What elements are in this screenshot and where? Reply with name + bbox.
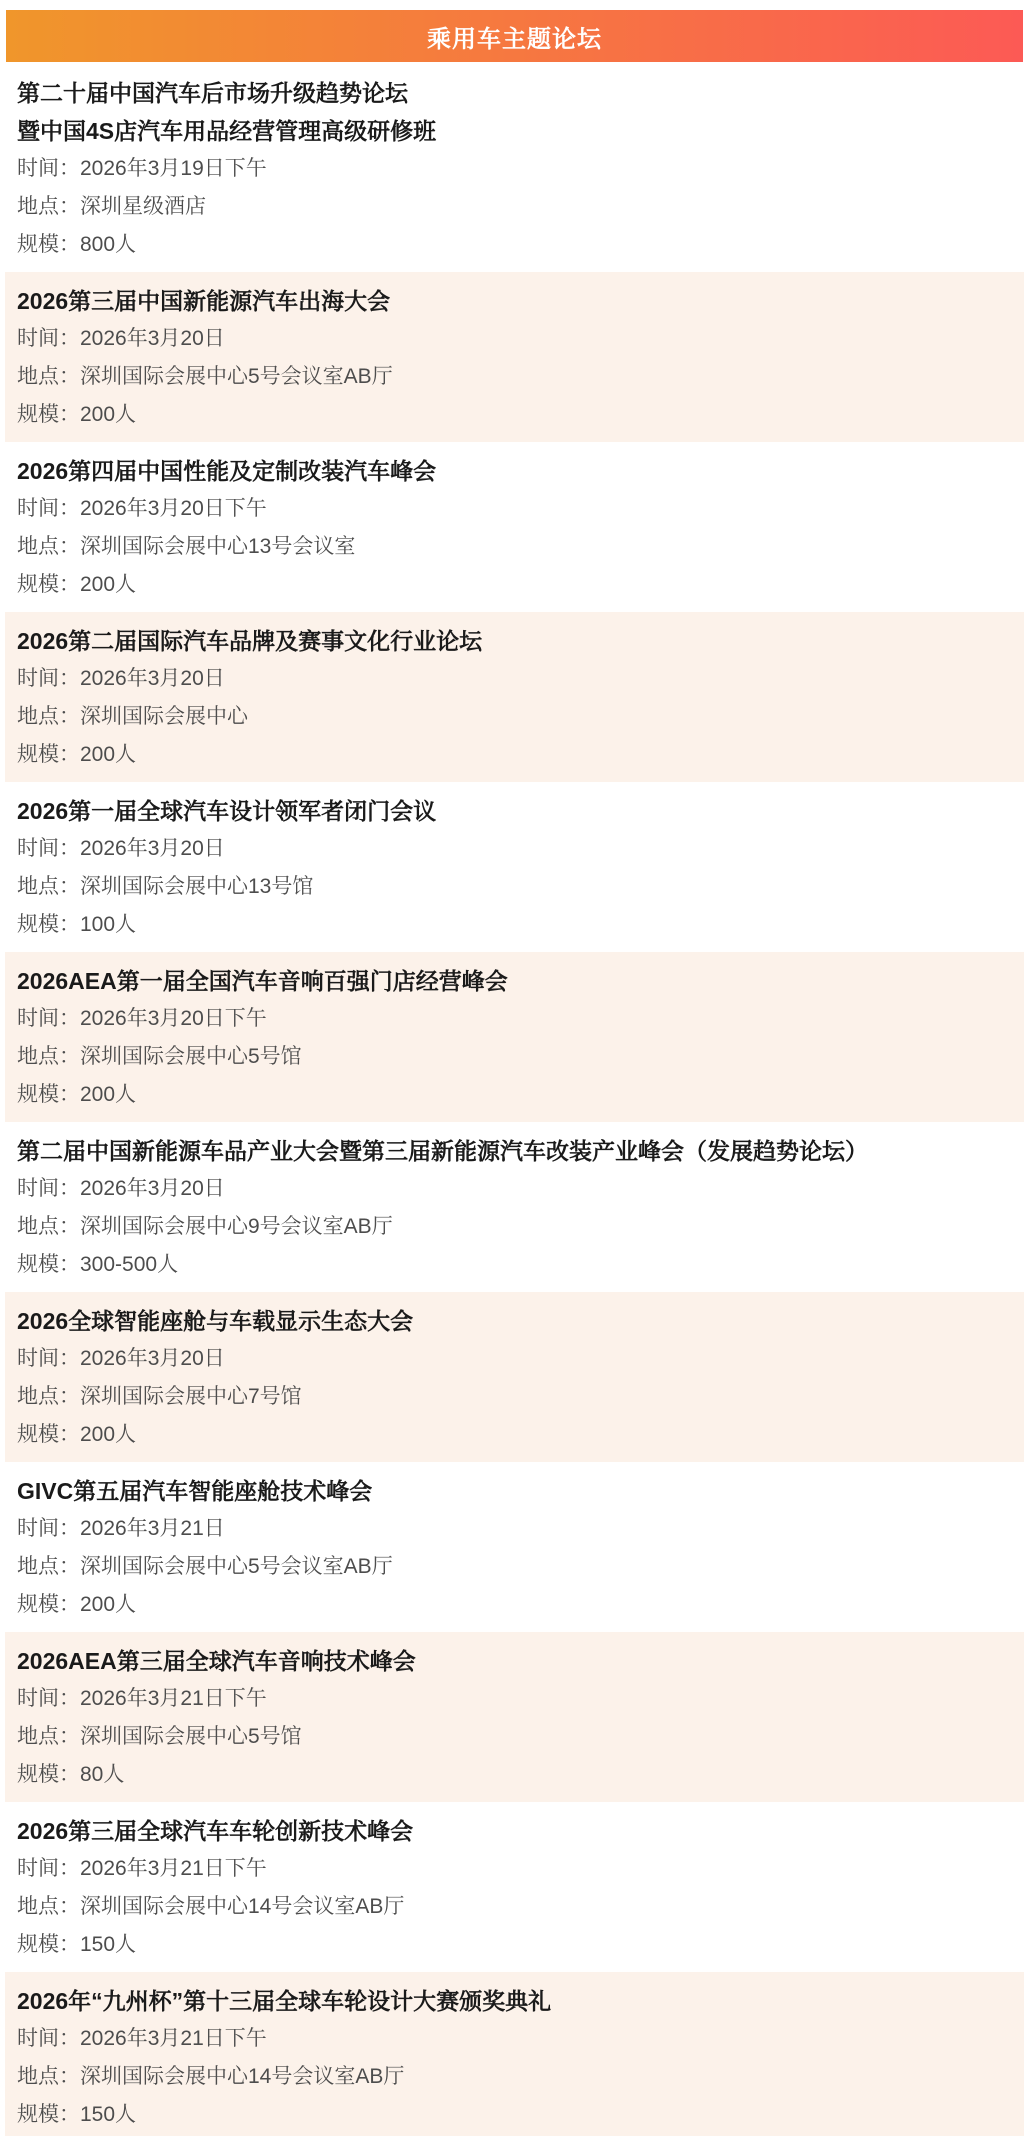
scale-label: 规模： xyxy=(17,1083,80,1106)
place-label: 地点： xyxy=(17,1385,80,1408)
event-time-row: 时间：2026年3月20日 xyxy=(17,320,1012,358)
place-label: 地点： xyxy=(17,2065,80,2088)
event-time-row: 时间：2026年3月21日下午 xyxy=(17,1850,1012,1888)
scale-value: 200人 xyxy=(80,1423,136,1446)
event-title-block: 2026第三届中国新能源汽车出海大会 xyxy=(17,282,1012,320)
scale-label: 规模： xyxy=(17,573,80,596)
event-place-row: 地点：深圳国际会展中心5号馆 xyxy=(17,1038,1012,1076)
event-scale-row: 规模：150人 xyxy=(17,2096,1012,2134)
event-time-row: 时间：2026年3月21日下午 xyxy=(17,1680,1012,1718)
place-value: 深圳星级酒店 xyxy=(80,195,206,218)
event-card: 2026第三届中国新能源汽车出海大会 时间：2026年3月20日 地点：深圳国际… xyxy=(5,272,1024,442)
place-value: 深圳国际会展中心5号会议室AB厅 xyxy=(80,365,393,388)
event-title: 2026AEA第一届全国汽车音响百强门店经营峰会 xyxy=(17,962,1012,1000)
place-label: 地点： xyxy=(17,365,80,388)
event-title-block: 第二十届中国汽车后市场升级趋势论坛暨中国4S店汽车用品经营管理高级研修班 xyxy=(17,74,1012,150)
event-place-row: 地点：深圳国际会展中心9号会议室AB厅 xyxy=(17,1208,1012,1246)
time-value: 2026年3月20日 xyxy=(80,667,225,690)
event-time-row: 时间：2026年3月20日 xyxy=(17,830,1012,868)
place-value: 深圳国际会展中心13号会议室 xyxy=(80,535,355,558)
time-value: 2026年3月20日 xyxy=(80,1177,225,1200)
time-value: 2026年3月21日下午 xyxy=(80,1687,267,1710)
event-title-block: 2026全球智能座舱与车载显示生态大会 xyxy=(17,1302,1012,1340)
time-value: 2026年3月20日 xyxy=(80,837,225,860)
event-title-block: 第二届中国新能源车品产业大会暨第三届新能源汽车改装产业峰会（发展趋势论坛） xyxy=(17,1132,1012,1170)
scale-label: 规模： xyxy=(17,1593,80,1616)
event-place-row: 地点：深圳国际会展中心5号会议室AB厅 xyxy=(17,358,1012,396)
event-card: 2026全球智能座舱与车载显示生态大会 时间：2026年3月20日 地点：深圳国… xyxy=(5,1292,1024,1462)
event-title-block: 2026第一届全球汽车设计领军者闭门会议 xyxy=(17,792,1012,830)
place-value: 深圳国际会展中心13号馆 xyxy=(80,875,313,898)
event-place-row: 地点：深圳国际会展中心14号会议室AB厅 xyxy=(17,1888,1012,1926)
place-label: 地点： xyxy=(17,705,80,728)
scale-value: 200人 xyxy=(80,743,136,766)
forum-header-title: 乘用车主题论坛 xyxy=(427,19,602,54)
event-title: 2026第二届国际汽车品牌及赛事文化行业论坛 xyxy=(17,622,1012,660)
scale-label: 规模： xyxy=(17,913,80,936)
event-scale-row: 规模：200人 xyxy=(17,1076,1012,1114)
place-value: 深圳国际会展中心5号馆 xyxy=(80,1045,302,1068)
scale-label: 规模： xyxy=(17,1423,80,1446)
place-value: 深圳国际会展中心5号馆 xyxy=(80,1725,302,1748)
place-value: 深圳国际会展中心5号会议室AB厅 xyxy=(80,1555,393,1578)
scale-label: 规模： xyxy=(17,743,80,766)
event-time-row: 时间：2026年3月19日下午 xyxy=(17,150,1012,188)
event-time-row: 时间：2026年3月20日 xyxy=(17,1170,1012,1208)
event-time-row: 时间：2026年3月20日下午 xyxy=(17,1000,1012,1038)
event-title: 2026第一届全球汽车设计领军者闭门会议 xyxy=(17,792,1012,830)
event-time-row: 时间：2026年3月20日下午 xyxy=(17,490,1012,528)
event-scale-row: 规模：300-500人 xyxy=(17,1246,1012,1284)
event-title: 2026年“九州杯”第十三届全球车轮设计大赛颁奖典礼 xyxy=(17,1982,1012,2020)
event-scale-row: 规模：800人 xyxy=(17,226,1012,264)
event-place-row: 地点：深圳国际会展中心5号会议室AB厅 xyxy=(17,1548,1012,1586)
time-label: 时间： xyxy=(17,1007,80,1030)
event-place-row: 地点：深圳国际会展中心13号会议室 xyxy=(17,528,1012,566)
event-title: 暨中国4S店汽车用品经营管理高级研修班 xyxy=(17,112,1012,150)
scale-label: 规模： xyxy=(17,403,80,426)
event-time-row: 时间：2026年3月21日下午 xyxy=(17,2020,1012,2058)
place-value: 深圳国际会展中心7号馆 xyxy=(80,1385,302,1408)
place-label: 地点： xyxy=(17,195,80,218)
scale-value: 200人 xyxy=(80,573,136,596)
event-card: 第二十届中国汽车后市场升级趋势论坛暨中国4S店汽车用品经营管理高级研修班 时间：… xyxy=(5,64,1024,272)
event-scale-row: 规模：200人 xyxy=(17,1586,1012,1624)
time-label: 时间： xyxy=(17,1347,80,1370)
time-label: 时间： xyxy=(17,2027,80,2050)
place-label: 地点： xyxy=(17,1725,80,1748)
event-title: 第二十届中国汽车后市场升级趋势论坛 xyxy=(17,74,1012,112)
scale-value: 300-500人 xyxy=(80,1253,178,1276)
event-card: 2026第四届中国性能及定制改装汽车峰会 时间：2026年3月20日下午 地点：… xyxy=(5,442,1024,612)
event-scale-row: 规模：80人 xyxy=(17,1756,1012,1794)
event-time-row: 时间：2026年3月21日 xyxy=(17,1510,1012,1548)
time-label: 时间： xyxy=(17,497,80,520)
place-value: 深圳国际会展中心14号会议室AB厅 xyxy=(80,1895,404,1918)
event-place-row: 地点：深圳国际会展中心5号馆 xyxy=(17,1718,1012,1756)
time-value: 2026年3月21日下午 xyxy=(80,2027,267,2050)
time-label: 时间： xyxy=(17,1857,80,1880)
event-place-row: 地点：深圳国际会展中心 xyxy=(17,698,1012,736)
event-scale-row: 规模：100人 xyxy=(17,906,1012,944)
time-label: 时间： xyxy=(17,157,80,180)
event-card: 2026第一届全球汽车设计领军者闭门会议 时间：2026年3月20日 地点：深圳… xyxy=(5,782,1024,952)
event-card: 2026AEA第三届全球汽车音响技术峰会 时间：2026年3月21日下午 地点：… xyxy=(5,1632,1024,1802)
event-title: 2026第三届中国新能源汽车出海大会 xyxy=(17,282,1012,320)
place-label: 地点： xyxy=(17,1555,80,1578)
place-label: 地点： xyxy=(17,1895,80,1918)
scale-label: 规模： xyxy=(17,2103,80,2126)
place-label: 地点： xyxy=(17,875,80,898)
event-title: 2026第四届中国性能及定制改装汽车峰会 xyxy=(17,452,1012,490)
event-title: GIVC第五届汽车智能座舱技术峰会 xyxy=(17,1472,1012,1510)
event-title: 2026AEA第三届全球汽车音响技术峰会 xyxy=(17,1642,1012,1680)
event-card: 第二届中国新能源车品产业大会暨第三届新能源汽车改装产业峰会（发展趋势论坛） 时间… xyxy=(5,1122,1024,1292)
event-title: 第二届中国新能源车品产业大会暨第三届新能源汽车改装产业峰会（发展趋势论坛） xyxy=(17,1132,1012,1170)
scale-label: 规模： xyxy=(17,1763,80,1786)
time-value: 2026年3月20日 xyxy=(80,327,225,350)
event-card: 2026第三届全球汽车车轮创新技术峰会 时间：2026年3月21日下午 地点：深… xyxy=(5,1802,1024,1972)
event-card: 2026AEA第一届全国汽车音响百强门店经营峰会 时间：2026年3月20日下午… xyxy=(5,952,1024,1122)
event-title-block: 2026第二届国际汽车品牌及赛事文化行业论坛 xyxy=(17,622,1012,660)
place-label: 地点： xyxy=(17,1045,80,1068)
event-scale-row: 规模：200人 xyxy=(17,396,1012,434)
event-place-row: 地点：深圳国际会展中心14号会议室AB厅 xyxy=(17,2058,1012,2096)
time-label: 时间： xyxy=(17,837,80,860)
event-scale-row: 规模：200人 xyxy=(17,736,1012,774)
event-title-block: 2026第四届中国性能及定制改装汽车峰会 xyxy=(17,452,1012,490)
event-title-block: 2026年“九州杯”第十三届全球车轮设计大赛颁奖典礼 xyxy=(17,1982,1012,2020)
scale-value: 800人 xyxy=(80,233,136,256)
scale-label: 规模： xyxy=(17,233,80,256)
place-value: 深圳国际会展中心 xyxy=(80,705,248,728)
event-card: 2026第二届国际汽车品牌及赛事文化行业论坛 时间：2026年3月20日 地点：… xyxy=(5,612,1024,782)
scale-value: 80人 xyxy=(80,1763,124,1786)
event-scale-row: 规模：150人 xyxy=(17,1926,1012,1964)
event-card: 2026年“九州杯”第十三届全球车轮设计大赛颁奖典礼 时间：2026年3月21日… xyxy=(5,1972,1024,2136)
event-card: GIVC第五届汽车智能座舱技术峰会 时间：2026年3月21日 地点：深圳国际会… xyxy=(5,1462,1024,1632)
time-label: 时间： xyxy=(17,667,80,690)
scale-label: 规模： xyxy=(17,1933,80,1956)
scale-value: 150人 xyxy=(80,1933,136,1956)
place-label: 地点： xyxy=(17,535,80,558)
place-label: 地点： xyxy=(17,1215,80,1238)
event-title-block: GIVC第五届汽车智能座舱技术峰会 xyxy=(17,1472,1012,1510)
time-label: 时间： xyxy=(17,1177,80,1200)
event-time-row: 时间：2026年3月20日 xyxy=(17,660,1012,698)
event-place-row: 地点：深圳国际会展中心7号馆 xyxy=(17,1378,1012,1416)
time-label: 时间： xyxy=(17,327,80,350)
scale-value: 200人 xyxy=(80,1593,136,1616)
place-value: 深圳国际会展中心14号会议室AB厅 xyxy=(80,2065,404,2088)
scale-value: 150人 xyxy=(80,2103,136,2126)
time-value: 2026年3月20日下午 xyxy=(80,1007,267,1030)
time-value: 2026年3月21日下午 xyxy=(80,1857,267,1880)
event-place-row: 地点：深圳国际会展中心13号馆 xyxy=(17,868,1012,906)
time-value: 2026年3月20日下午 xyxy=(80,497,267,520)
time-value: 2026年3月20日 xyxy=(80,1347,225,1370)
event-place-row: 地点：深圳星级酒店 xyxy=(17,188,1012,226)
scale-value: 100人 xyxy=(80,913,136,936)
event-title-block: 2026AEA第一届全国汽车音响百强门店经营峰会 xyxy=(17,962,1012,1000)
event-time-row: 时间：2026年3月20日 xyxy=(17,1340,1012,1378)
time-label: 时间： xyxy=(17,1517,80,1540)
event-title: 2026第三届全球汽车车轮创新技术峰会 xyxy=(17,1812,1012,1850)
time-value: 2026年3月21日 xyxy=(80,1517,225,1540)
scale-value: 200人 xyxy=(80,1083,136,1106)
scale-label: 规模： xyxy=(17,1253,80,1276)
event-title: 2026全球智能座舱与车载显示生态大会 xyxy=(17,1302,1012,1340)
page: 乘用车主题论坛 第二十届中国汽车后市场升级趋势论坛暨中国4S店汽车用品经营管理高… xyxy=(0,0,1029,2136)
event-title-block: 2026AEA第三届全球汽车音响技术峰会 xyxy=(17,1642,1012,1680)
scale-value: 200人 xyxy=(80,403,136,426)
event-title-block: 2026第三届全球汽车车轮创新技术峰会 xyxy=(17,1812,1012,1850)
time-label: 时间： xyxy=(17,1687,80,1710)
forum-header-banner: 乘用车主题论坛 xyxy=(6,10,1023,62)
time-value: 2026年3月19日下午 xyxy=(80,157,267,180)
event-scale-row: 规模：200人 xyxy=(17,1416,1012,1454)
event-scale-row: 规模：200人 xyxy=(17,566,1012,604)
place-value: 深圳国际会展中心9号会议室AB厅 xyxy=(80,1215,393,1238)
event-list: 第二十届中国汽车后市场升级趋势论坛暨中国4S店汽车用品经营管理高级研修班 时间：… xyxy=(0,64,1029,2136)
